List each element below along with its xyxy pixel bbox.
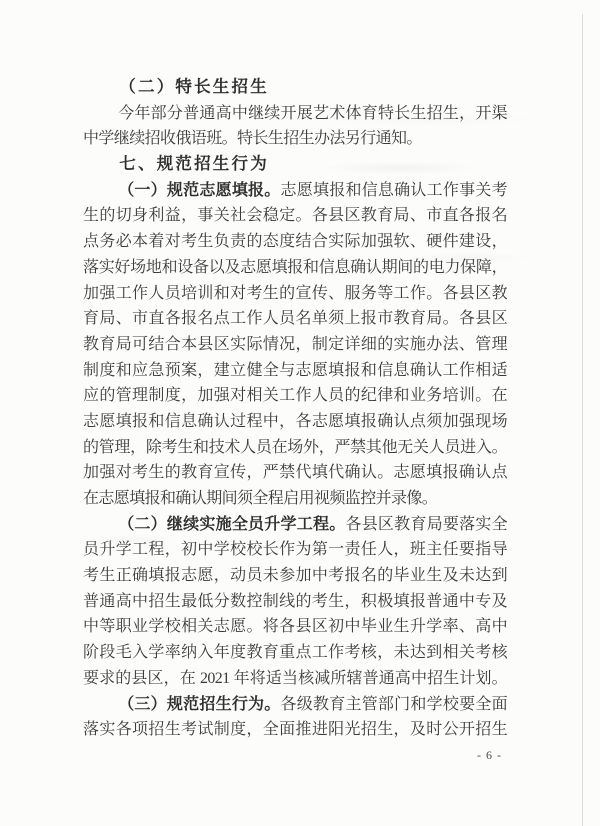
text-line-10: 育局、市直各报名点工作人员名单须上报市教育局。各县区 [83, 306, 507, 332]
text-segment: 中学继续招收俄语班。特长生招生办法另行通知。 [83, 130, 422, 147]
text-line-16: 加强对考生的教育宣传，严禁代填代确认。志愿填报确认点 [83, 460, 507, 486]
text-segment: 育局、市直各报名点工作人员名单须上报市教育局。各县区 [83, 310, 507, 327]
text-segment: 阶段毛入学率纳入年度教育重点工作考核，未达到相关考核 [83, 644, 507, 661]
text-segment: 各级教育主管部门和学校要全面 [281, 696, 507, 713]
text-segment: 要求的县区，在 2021 年将适当核减所辖普通高中招生计划。 [83, 670, 507, 687]
text-line-23: 阶段毛入学率纳入年度教育重点工作考核，未达到相关考核 [83, 640, 507, 666]
text-segment: 教育局可结合本县区实际情况，制定详细的实施办法、管理 [83, 336, 507, 353]
text-line-3: 中学继续招收俄语班。特长生招生办法另行通知。 [83, 126, 507, 152]
text-line-15: 的管理，除考生和技术人员在场外，严禁其他无关人员进入。 [83, 435, 507, 461]
text-line-4: 七、规范招生行为 [83, 152, 507, 178]
text-segment: 加强对考生的教育宣传，严禁代填代确认。志愿填报确认点 [83, 464, 507, 481]
text-segment: 员升学工程，初中学校校长作为第一责任人，班主任要指导 [83, 541, 507, 558]
text-segment: 考生正确填报志愿，动员未参加中考报名的毕业生及未达到 [83, 567, 507, 584]
text-line-14: 志愿填报和信息确认过程中，各志愿填报确认点须加强现场 [83, 409, 507, 435]
text-line-1: （二）特长生招生 [83, 75, 507, 101]
text-line-11: 教育局可结合本县区实际情况，制定详细的实施办法、管理 [83, 332, 507, 358]
bold-text-segment: （三）规范招生行为。 [118, 696, 280, 713]
text-line-7: 点务必本着对考生负责的态度结合实际加强软、硬件建设， [83, 229, 507, 255]
text-line-21: 普通高中招生最低分数控制线的考生，积极填报普通中专及 [83, 589, 507, 615]
text-segment: 落实各项招生考试制度，全面推进阳光招生，及时公开招生 [83, 721, 507, 738]
text-line-22: 中等职业学校相关志愿。将各县区初中毕业生升学率、高中 [83, 614, 507, 640]
page-number: - 6 - [477, 748, 502, 763]
bold-text-segment: （一）规范志愿填报。 [118, 182, 280, 199]
text-line-17: 在志愿填报和确认期间须全程启用视频监控并录像。 [83, 486, 507, 512]
text-line-8: 落实好场地和设备以及志愿填报和信息确认期间的电力保障， [83, 255, 507, 281]
text-line-19: 员升学工程，初中学校校长作为第一责任人，班主任要指导 [83, 537, 507, 563]
bold-text-segment: 七、规范招生行为 [119, 155, 269, 173]
text-segment: 中等职业学校相关志愿。将各县区初中毕业生升学率、高中 [83, 618, 507, 635]
text-segment: 普通高中招生最低分数控制线的考生，积极填报普通中专及 [83, 593, 507, 610]
scan-edge-artifact [582, 14, 583, 826]
text-segment: 志愿填报和信息确认过程中，各志愿填报确认点须加强现场 [83, 413, 507, 430]
text-segment: 应的管理制度，加强对相关工作人员的纪律和业务培训。在 [83, 387, 507, 404]
text-segment: 的管理，除考生和技术人员在场外，严禁其他无关人员进入。 [83, 439, 507, 456]
text-segment: 志愿填报和信息确认工作事关考 [281, 182, 507, 199]
text-segment: 制度和应急预案，建立健全与志愿填报和信息确认工作相适 [83, 362, 507, 379]
text-segment: 生的切身利益，事关社会稳定。各县区教育局、市直各报名 [83, 207, 507, 224]
text-segment: 今年部分普通高中继续开展艺术体育特长生招生，开渠 [118, 105, 507, 122]
text-line-5: （一）规范志愿填报。志愿填报和信息确认工作事关考 [83, 178, 507, 204]
document-text: （二）特长生招生今年部分普通高中继续开展艺术体育特长生招生，开渠中学继续招收俄语… [83, 75, 507, 743]
text-line-25: （三）规范招生行为。各级教育主管部门和学校要全面 [83, 692, 507, 718]
scanned-document-page: （二）特长生招生今年部分普通高中继续开展艺术体育特长生招生，开渠中学继续招收俄语… [0, 0, 600, 826]
bold-text-segment: （二）继续实施全员升学工程。 [118, 516, 345, 533]
text-line-9: 加强工作人员培训和对考生的宣传、服务等工作。各县区教 [83, 281, 507, 307]
text-segment: 落实好场地和设备以及志愿填报和信息确认期间的电力保障， [83, 259, 507, 276]
text-line-20: 考生正确填报志愿，动员未参加中考报名的毕业生及未达到 [83, 563, 507, 589]
text-line-6: 生的切身利益，事关社会稳定。各县区教育局、市直各报名 [83, 203, 507, 229]
text-segment: 各县区教育局要落实全 [345, 516, 507, 533]
text-line-18: （二）继续实施全员升学工程。各县区教育局要落实全 [83, 512, 507, 538]
text-line-24: 要求的县区，在 2021 年将适当核减所辖普通高中招生计划。 [83, 666, 507, 692]
text-segment: 点务必本着对考生负责的态度结合实际加强软、硬件建设， [83, 233, 507, 250]
text-segment: 在志愿填报和确认期间须全程启用视频监控并录像。 [83, 490, 437, 507]
bold-text-segment: （二）特长生招生 [119, 78, 269, 96]
text-line-13: 应的管理制度，加强对相关工作人员的纪律和业务培训。在 [83, 383, 507, 409]
text-line-26: 落实各项招生考试制度，全面推进阳光招生，及时公开招生 [83, 717, 507, 743]
text-line-2: 今年部分普通高中继续开展艺术体育特长生招生，开渠 [83, 101, 507, 127]
text-segment: 加强工作人员培训和对考生的宣传、服务等工作。各县区教 [83, 285, 507, 302]
text-line-12: 制度和应急预案，建立健全与志愿填报和信息确认工作相适 [83, 358, 507, 384]
